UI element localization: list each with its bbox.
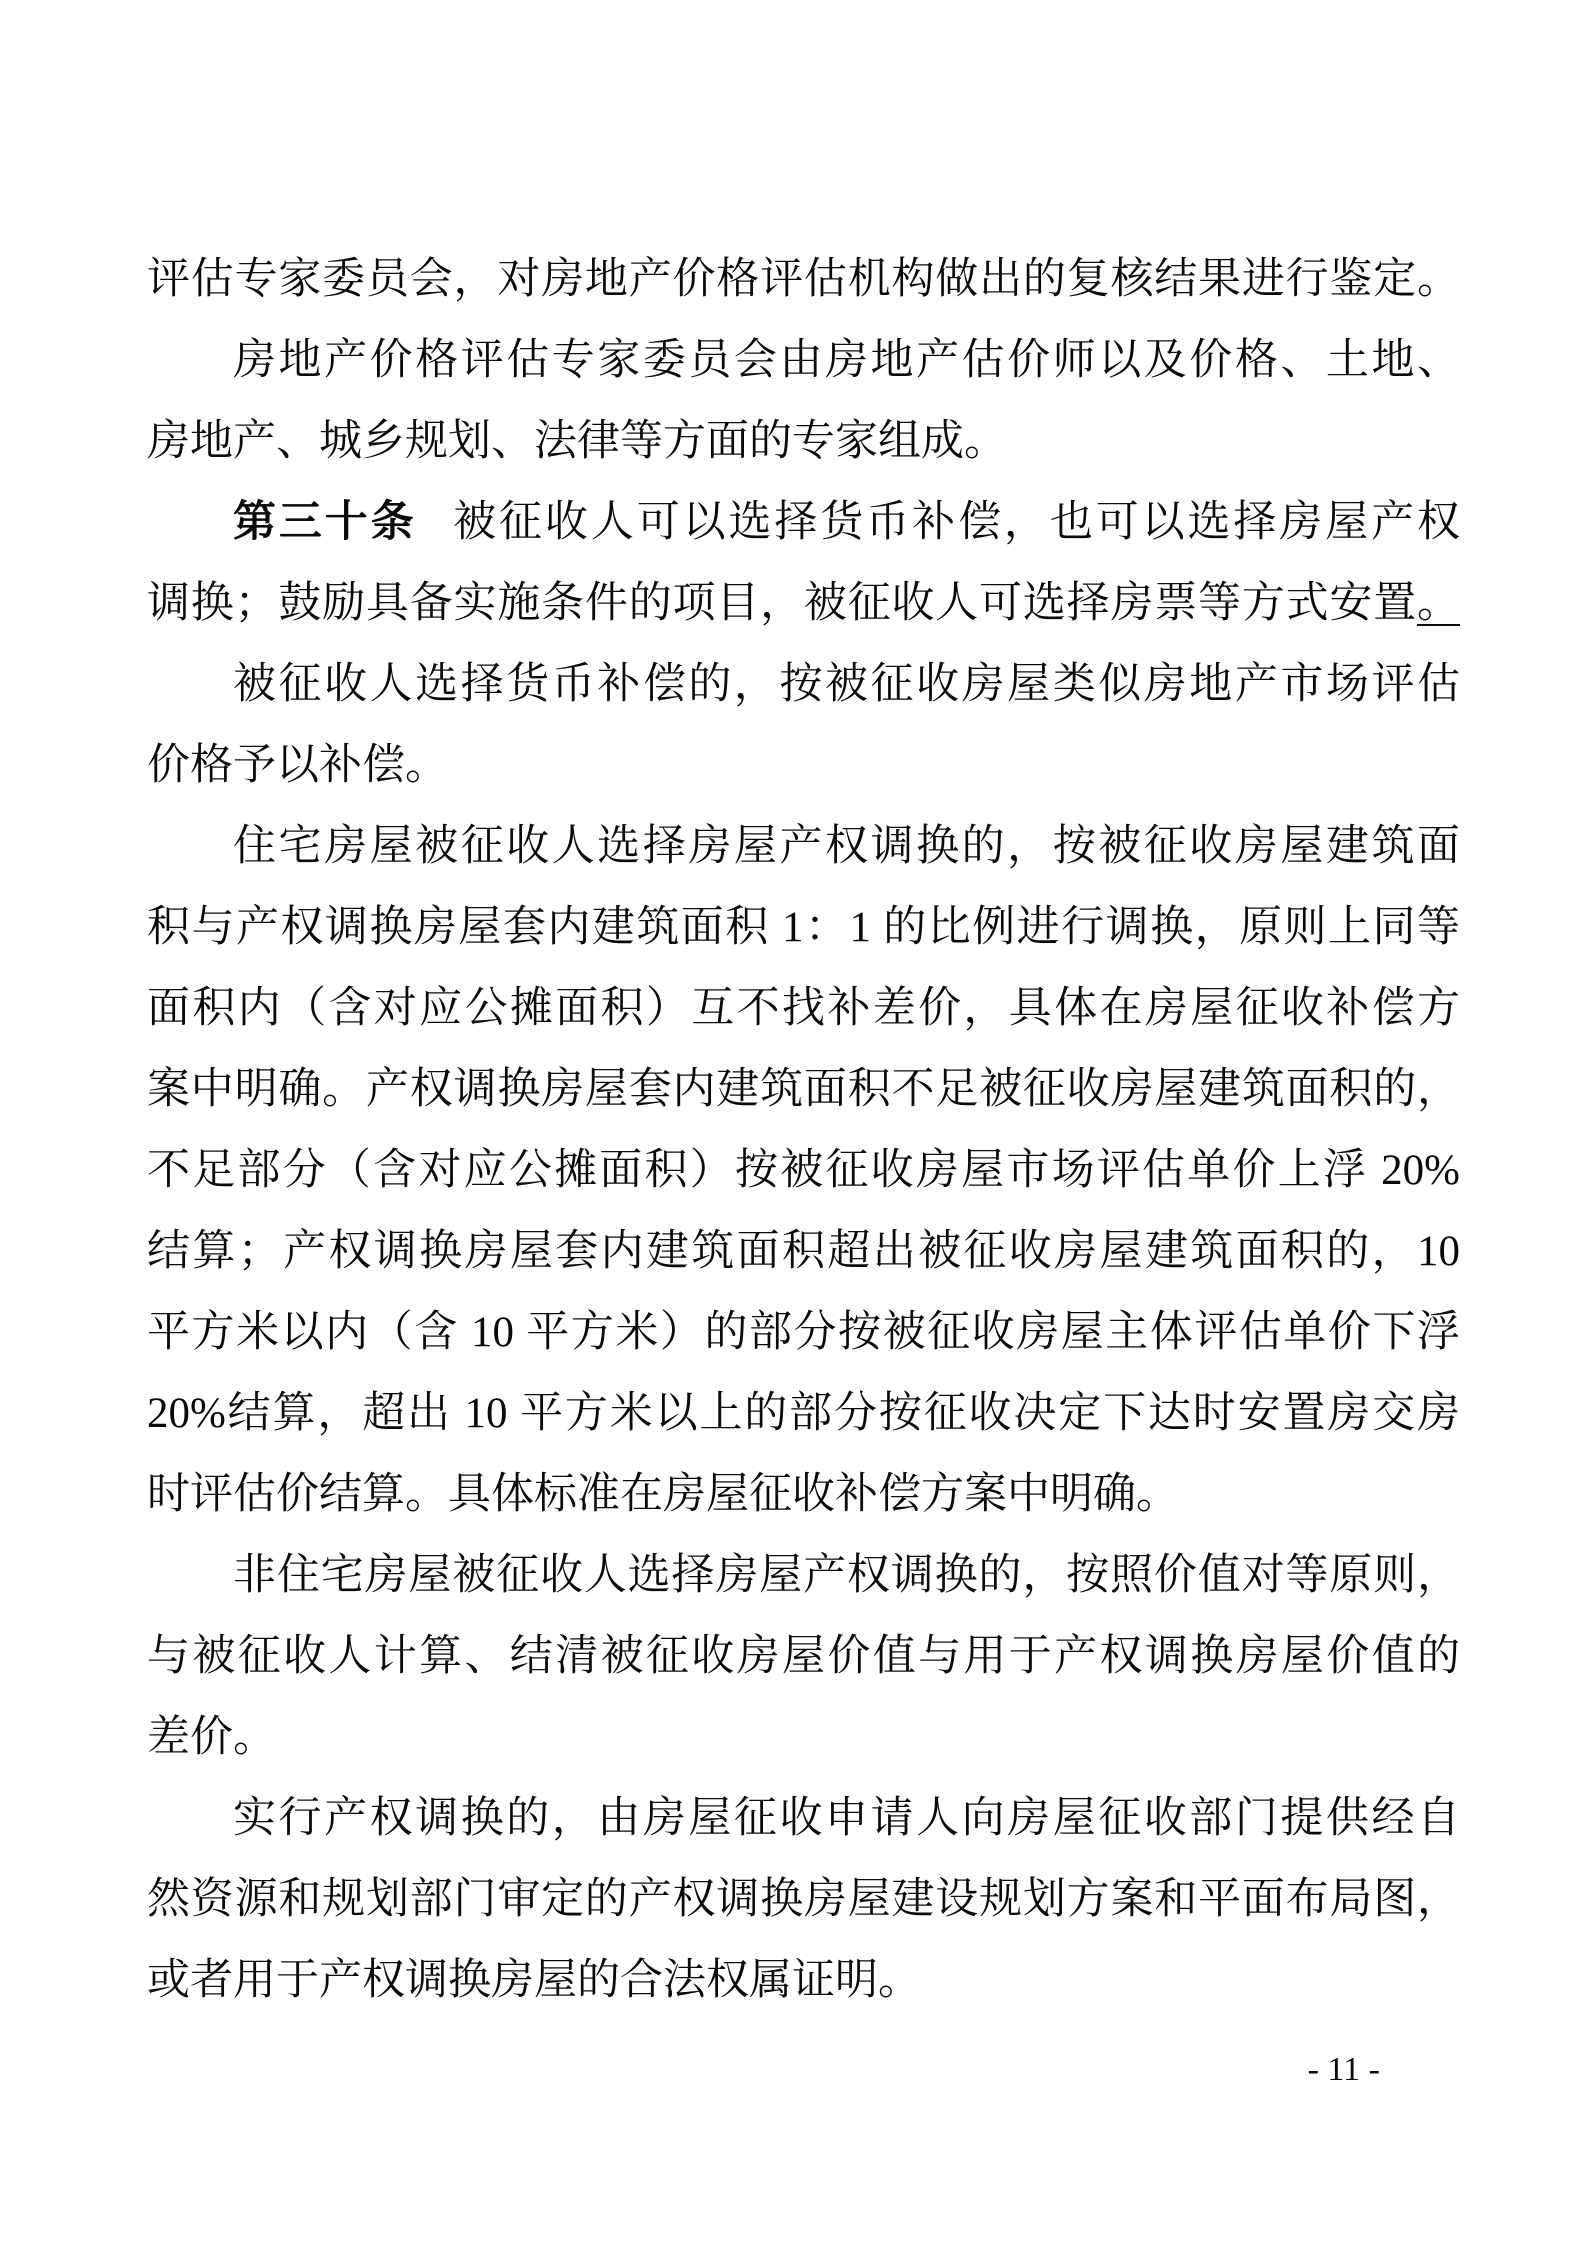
text-line: 房地产价格评估专家委员会由房地产估价师以及价格、土地、 bbox=[147, 320, 1460, 401]
line-text: 差价。 bbox=[147, 1714, 276, 1761]
text-line: 案中明确。产权调换房屋套内建筑面积不足被征收房屋建筑面积的， bbox=[147, 1049, 1460, 1130]
line-text: 房地产价格评估专家委员会由房地产估价师以及价格、土地、 bbox=[233, 337, 1460, 384]
line-text: 被征收人选择货币补偿的，按被征收房屋类似房地产市场评估 bbox=[233, 661, 1460, 708]
text-line: 面积内（含对应公摊面积）互不找补差价，具体在房屋征收补偿方 bbox=[147, 968, 1460, 1049]
text-line: 评估专家委员会，对房地产价格评估机构做出的复核结果进行鉴定。 bbox=[147, 239, 1460, 320]
line-text: 价格予以补偿。 bbox=[147, 742, 448, 789]
line-text: 非住宅房屋被征收人选择房屋产权调换的，按照价值对等原则， bbox=[233, 1552, 1460, 1599]
text-block: 评估专家委员会，对房地产价格评估机构做出的复核结果进行鉴定。房地产价格评估专家委… bbox=[147, 239, 1460, 2021]
line-text: 房地产、城乡规划、法律等方面的专家组成。 bbox=[147, 418, 1007, 465]
text-line: 积与产权调换房屋套内建筑面积 1：1 的比例进行调换，原则上同等 bbox=[147, 887, 1460, 968]
text-line: 非住宅房屋被征收人选择房屋产权调换的，按照价值对等原则， bbox=[147, 1535, 1460, 1616]
line-text: 结算；产权调换房屋套内建筑面积超出被征收房屋建筑面积的，10 bbox=[147, 1228, 1460, 1275]
text-line: 被征收人选择货币补偿的，按被征收房屋类似房地产市场评估 bbox=[147, 644, 1460, 725]
text-line: 平方米以内（含 10 平方米）的部分按被征收房屋主体评估单价下浮 bbox=[147, 1292, 1460, 1373]
line-text: 不足部分（含对应公摊面积）按被征收房屋市场评估单价上浮 20% bbox=[147, 1147, 1460, 1194]
text-line: 与被征收人计算、结清被征收房屋价值与用于产权调换房屋价值的 bbox=[147, 1616, 1460, 1697]
text-line: 或者用于产权调换房屋的合法权属证明。 bbox=[147, 1940, 1460, 2021]
text-line: 第三十条被征收人可以选择货币补偿，也可以选择房屋产权 bbox=[147, 482, 1460, 563]
line-text: 实行产权调换的，由房屋征收申请人向房屋征收部门提供经自 bbox=[233, 1795, 1460, 1842]
text-line: 实行产权调换的，由房屋征收申请人向房屋征收部门提供经自 bbox=[147, 1778, 1460, 1859]
line-text: 被征收人可以选择货币补偿，也可以选择房屋产权 bbox=[453, 499, 1460, 546]
text-line: 时评估价结算。具体标准在房屋征收补偿方案中明确。 bbox=[147, 1454, 1460, 1535]
line-text: 然资源和规划部门审定的产权调换房屋建设规划方案和平面布局图， bbox=[147, 1876, 1460, 1923]
line-text: 时评估价结算。具体标准在房屋征收补偿方案中明确。 bbox=[147, 1471, 1179, 1518]
text-line: 住宅房屋被征收人选择房屋产权调换的，按被征收房屋建筑面 bbox=[147, 806, 1460, 887]
document-page: 评估专家委员会，对房地产价格评估机构做出的复核结果进行鉴定。房地产价格评估专家委… bbox=[0, 0, 1587, 2245]
line-text: 面积内（含对应公摊面积）互不找补差价，具体在房屋征收补偿方 bbox=[147, 985, 1460, 1032]
line-text: 调换；鼓励具备实施条件的项目，被征收人可选择房票等方式安置 bbox=[147, 580, 1417, 627]
page-number: - 11 - bbox=[1308, 2050, 1380, 2090]
text-line: 不足部分（含对应公摊面积）按被征收房屋市场评估单价上浮 20% bbox=[147, 1130, 1460, 1211]
line-text: 平方米以内（含 10 平方米）的部分按被征收房屋主体评估单价下浮 bbox=[147, 1309, 1460, 1356]
text-line: 调换；鼓励具备实施条件的项目，被征收人可选择房票等方式安置。 bbox=[147, 563, 1460, 644]
line-text: 评估专家委员会，对房地产价格评估机构做出的复核结果进行鉴定。 bbox=[147, 256, 1460, 303]
underlined-text: 。 bbox=[1417, 580, 1460, 627]
line-text: 或者用于产权调换房屋的合法权属证明。 bbox=[147, 1957, 921, 2004]
text-line: 房地产、城乡规划、法律等方面的专家组成。 bbox=[147, 401, 1460, 482]
text-line: 价格予以补偿。 bbox=[147, 725, 1460, 806]
text-line: 差价。 bbox=[147, 1697, 1460, 1778]
line-text: 与被征收人计算、结清被征收房屋价值与用于产权调换房屋价值的 bbox=[147, 1633, 1460, 1680]
article-number-label: 第三十条 bbox=[233, 499, 417, 546]
line-text: 20%结算，超出 10 平方米以上的部分按征收决定下达时安置房交房 bbox=[147, 1390, 1460, 1437]
text-line: 结算；产权调换房屋套内建筑面积超出被征收房屋建筑面积的，10 bbox=[147, 1211, 1460, 1292]
line-text: 案中明确。产权调换房屋套内建筑面积不足被征收房屋建筑面积的， bbox=[147, 1066, 1460, 1113]
text-line: 然资源和规划部门审定的产权调换房屋建设规划方案和平面布局图， bbox=[147, 1859, 1460, 1940]
text-line: 20%结算，超出 10 平方米以上的部分按征收决定下达时安置房交房 bbox=[147, 1373, 1460, 1454]
line-text: 积与产权调换房屋套内建筑面积 1：1 的比例进行调换，原则上同等 bbox=[147, 904, 1460, 951]
line-text: 住宅房屋被征收人选择房屋产权调换的，按被征收房屋建筑面 bbox=[233, 823, 1460, 870]
